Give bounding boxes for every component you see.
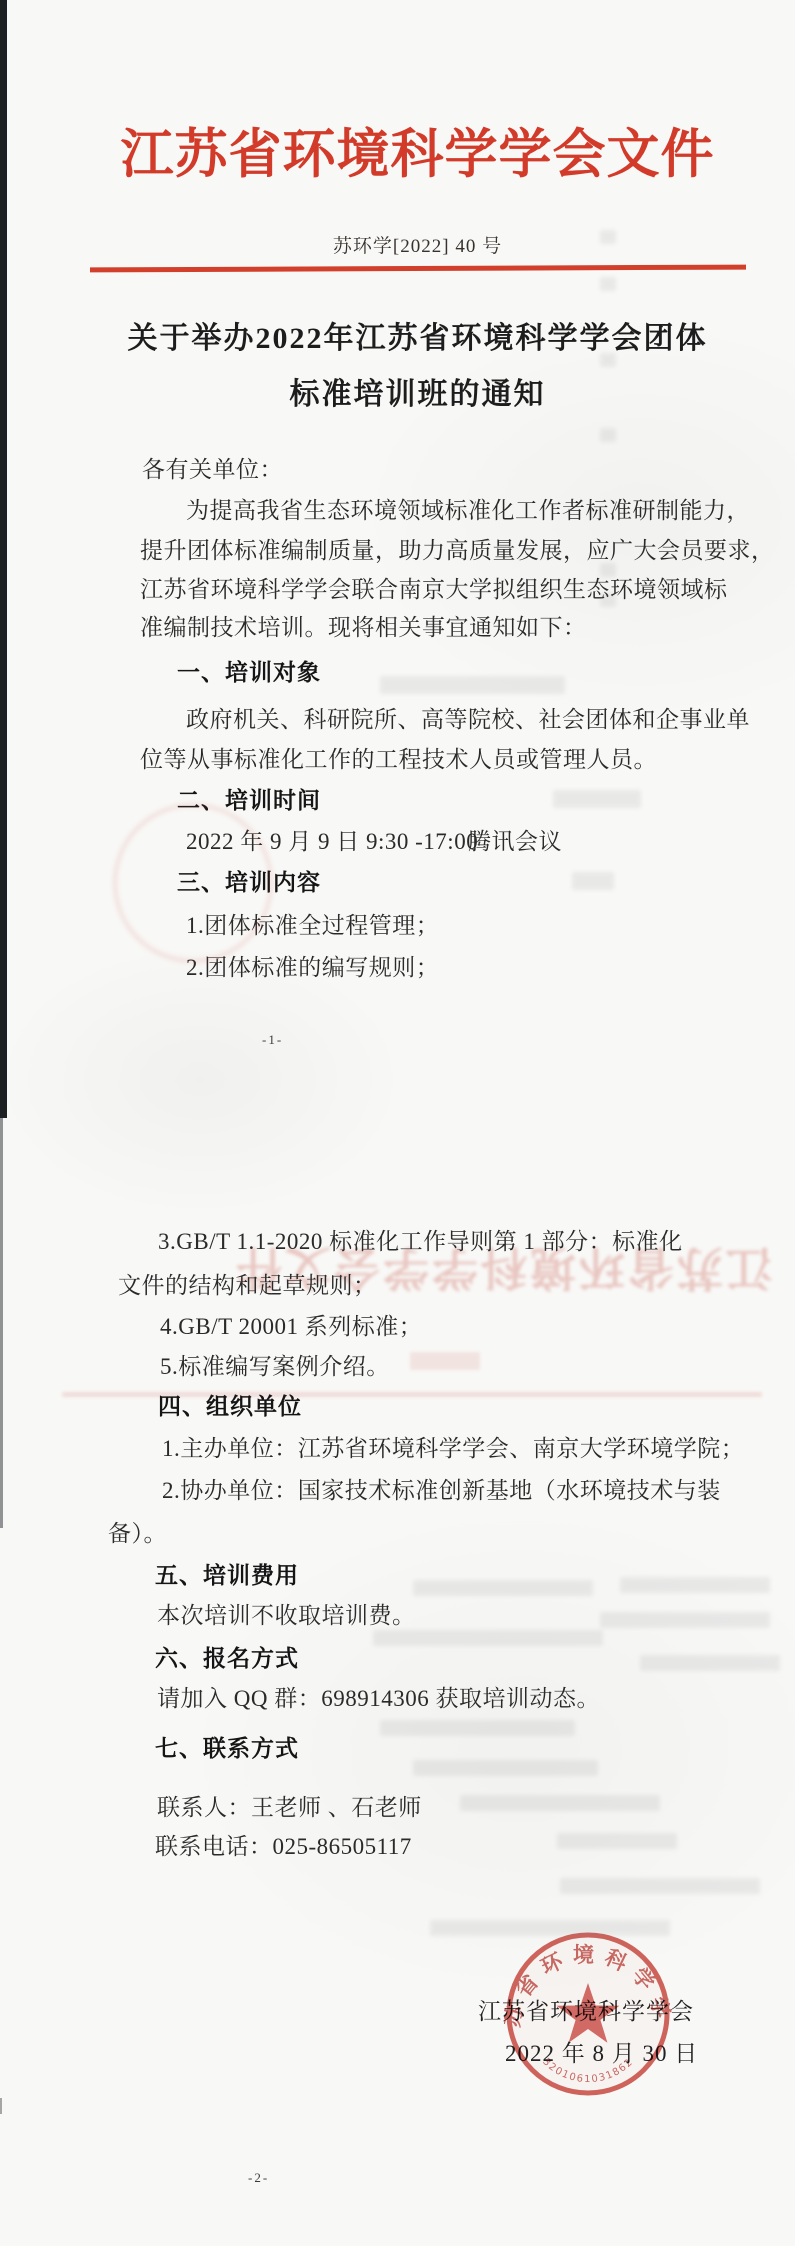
organizer-line: 1.主办单位：江苏省环境科学学会、南京大学环境学院； xyxy=(162,1436,744,1462)
salutation: 各有关单位： xyxy=(142,457,283,483)
contact-person: 联系人：王老师 、石老师 xyxy=(157,1795,422,1821)
bleed-through-mark xyxy=(380,676,565,694)
bleed-through-mark xyxy=(620,1577,770,1593)
scan-edge-strip xyxy=(0,1118,3,1528)
official-seal: 江苏省环境科学学会 3201061031862 xyxy=(504,1930,672,2098)
body-line: 政府机关、科研院所、高等院校、社会团体和企事业单 xyxy=(186,707,750,733)
bleed-through-mark xyxy=(373,1630,603,1646)
section-heading-7: 七、联系方式 xyxy=(155,1736,299,1762)
bleed-through-mark xyxy=(410,1352,480,1370)
doc-title-line1: 关于举办2022年江苏省环境科学学会团体 xyxy=(90,313,745,357)
bleed-through-mark xyxy=(553,790,641,808)
doc-number: 苏环学[2022] 40 号 xyxy=(90,231,745,258)
training-platform: 腾讯会议 xyxy=(468,829,562,855)
bleed-through-mark xyxy=(430,1920,670,1936)
organizer-line: 2.协办单位：国家技术标准创新基地（水环境技术与装 xyxy=(162,1478,721,1504)
fee-line: 本次培训不收取培训费。 xyxy=(157,1603,416,1629)
bleed-through-mark xyxy=(560,1878,760,1894)
page-number-1: -1- xyxy=(262,1032,283,1048)
section-heading-5: 五、培训费用 xyxy=(155,1563,299,1589)
bleed-through-mark xyxy=(640,1655,780,1671)
scan-edge-strip xyxy=(0,0,7,1118)
scan-edge-strip xyxy=(0,2098,2,2114)
content-item: 2.团体标准的编写规则； xyxy=(186,955,439,981)
content-item: 文件的结构和起草规则； xyxy=(118,1273,377,1299)
body-line: 位等从事标准化工作的工程技术人员或管理人员。 xyxy=(140,747,657,773)
bleed-through-mark xyxy=(557,1833,677,1849)
bleed-through-mark xyxy=(600,353,616,367)
content-item: 4.GB/T 20001 系列标准； xyxy=(160,1314,422,1340)
bleed-through-mark xyxy=(600,563,616,577)
doc-title-line2: 标准培训班的通知 xyxy=(90,369,745,413)
bleed-through-mark xyxy=(572,872,614,890)
bleed-through-mark xyxy=(600,277,616,291)
section-heading-1: 一、培训对象 xyxy=(177,660,321,686)
section-heading-6: 六、报名方式 xyxy=(155,1646,299,1672)
bleed-through-mark xyxy=(600,230,616,244)
bleed-through-mark xyxy=(600,593,616,607)
bleed-through-mark xyxy=(460,1795,660,1811)
organizer-line: 备）。 xyxy=(108,1521,167,1547)
register-line: 请加入 QQ 群：698914306 获取培训动态。 xyxy=(157,1686,600,1712)
scanned-document: { "page1": { "header": "江苏省环境科学学会文件", "d… xyxy=(0,0,795,2246)
bleed-through-mark xyxy=(600,1612,770,1628)
bleed-through-mark xyxy=(413,1760,598,1776)
bleed-through-mark xyxy=(380,1720,575,1736)
red-separator-line xyxy=(90,265,746,273)
document-header: 江苏省环境科学学会文件 xyxy=(90,112,745,188)
bleed-through-mark xyxy=(413,1580,593,1596)
seal-bleed-through xyxy=(113,803,273,963)
body-line: 准编制技术培训。现将相关事宜通知如下： xyxy=(140,615,587,641)
body-line: 江苏省环境科学学会联合南京大学拟组织生态环境领域标 xyxy=(140,577,728,603)
body-line: 为提高我省生态环境领域标准化工作者标准研制能力， xyxy=(186,498,750,524)
content-item: 3.GB/T 1.1-2020 标准化工作导则第 1 部分：标准化 xyxy=(158,1229,683,1255)
body-line: 提升团体标准编制质量，助力高质量发展，应广大会员要求， xyxy=(140,538,775,564)
contact-phone: 联系电话：025-86505117 xyxy=(155,1834,412,1860)
bleed-through-mark xyxy=(600,428,616,442)
content-item: 5.标准编写案例介绍。 xyxy=(160,1354,390,1380)
section-heading-4: 四、组织单位 xyxy=(158,1394,302,1420)
page-number-2: -2- xyxy=(248,2170,269,2186)
